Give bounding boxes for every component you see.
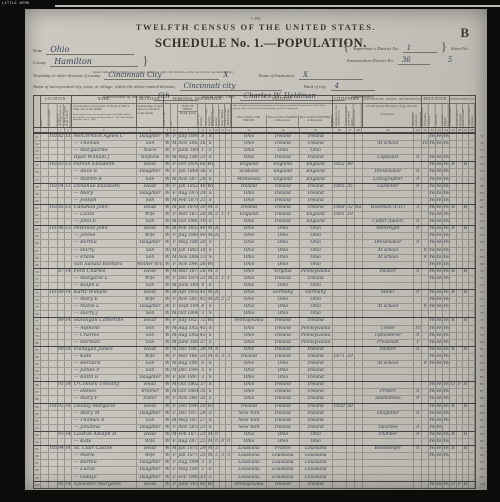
table-row: 51102782135McCormick Agnes CDaughterWFJu… xyxy=(34,133,475,140)
cell xyxy=(469,148,475,154)
cell: Printer xyxy=(363,389,415,395)
cell: W xyxy=(164,411,171,417)
cell xyxy=(58,425,65,431)
cell xyxy=(333,418,347,424)
cell: Feb 1879 xyxy=(178,198,199,204)
cell: — Kate xyxy=(72,354,137,360)
column-number: 9 xyxy=(207,128,214,132)
cell xyxy=(347,368,355,374)
cell xyxy=(355,304,363,310)
cell xyxy=(469,198,475,204)
cell: Ireland xyxy=(300,354,333,360)
line-number: 65 xyxy=(478,232,487,239)
column-number: 28 xyxy=(469,128,475,132)
cell: 28 xyxy=(199,212,207,218)
cell: F xyxy=(171,453,178,459)
cell: 83 xyxy=(58,162,65,168)
cell: W xyxy=(164,297,171,303)
cell: Yes xyxy=(436,248,443,254)
cell: W xyxy=(164,304,171,310)
cell xyxy=(469,311,475,317)
cell xyxy=(347,240,355,246)
cell: Yes xyxy=(429,333,436,339)
cell xyxy=(58,326,65,332)
cell xyxy=(49,467,58,473)
cell xyxy=(469,482,475,488)
cell: F xyxy=(171,184,178,190)
cell xyxy=(469,219,475,225)
cell: Yes xyxy=(429,240,436,246)
cell xyxy=(443,283,450,289)
cell: 8 xyxy=(199,134,207,140)
cell: Germany xyxy=(267,290,300,296)
cell: Ireland xyxy=(300,318,333,324)
cell xyxy=(347,482,355,488)
cell xyxy=(469,467,475,473)
cell: 20 xyxy=(199,240,207,246)
cell: M xyxy=(171,226,178,232)
cell xyxy=(429,311,436,317)
cell: Son xyxy=(137,418,165,424)
cell xyxy=(65,411,72,417)
cell xyxy=(49,283,58,289)
cell: 51 xyxy=(34,134,41,140)
cell xyxy=(363,453,415,459)
cell: Ireland xyxy=(300,382,333,388)
table-row: 63— John ESonWMOct 188019SOhioIrelandEng… xyxy=(34,218,475,225)
cell: R xyxy=(450,226,457,232)
cell: 0 xyxy=(414,177,422,183)
cell: New York xyxy=(232,425,267,431)
cell: 87 xyxy=(34,389,41,395)
population-table: LOCATION. Street.House number.Number of … xyxy=(33,95,476,489)
cell: Yes xyxy=(443,169,450,175)
table-row: 90— Mary MDaughterWFDec 187128SNew YorkI… xyxy=(34,410,475,417)
cell: Yes xyxy=(443,198,450,204)
cell: Yes xyxy=(443,255,450,261)
cell: W xyxy=(164,162,171,168)
cell xyxy=(49,389,58,395)
cell xyxy=(355,404,363,410)
cell: Yes xyxy=(436,191,443,197)
cell xyxy=(347,269,355,275)
cell xyxy=(436,467,443,473)
cell xyxy=(41,191,49,197)
cell: England xyxy=(267,177,300,183)
cell xyxy=(355,425,363,431)
cell xyxy=(41,460,49,466)
cell: M xyxy=(171,205,178,211)
cell xyxy=(333,311,347,317)
cell: England xyxy=(300,169,333,175)
cell xyxy=(355,311,363,317)
cell: Ireland xyxy=(267,155,300,161)
cell: Head xyxy=(137,290,165,296)
cell xyxy=(469,297,475,303)
cell: Lawton Adolph H xyxy=(72,432,137,438)
cell xyxy=(41,396,49,402)
cell: 59 xyxy=(34,191,41,197)
cell: Yes xyxy=(429,262,436,268)
cell: F xyxy=(171,354,178,360)
cell xyxy=(355,162,363,168)
cell: Yes xyxy=(429,212,436,218)
cell xyxy=(450,219,457,225)
cell: Wd xyxy=(207,262,214,268)
cell: Sister xyxy=(137,396,165,402)
cell: July 1891 xyxy=(178,134,199,140)
cell: F xyxy=(171,169,178,175)
cell xyxy=(450,169,457,175)
cell xyxy=(333,411,347,417)
cell xyxy=(333,368,347,374)
cell: 90 xyxy=(34,411,41,417)
cell: Yes xyxy=(436,425,443,431)
cell xyxy=(422,375,429,381)
cell: Yes xyxy=(429,304,436,310)
table-row: 9393146Lawton Adolph HHeadWMFeb 187723M0… xyxy=(34,431,475,438)
cell: 1052 xyxy=(49,446,58,452)
cell xyxy=(65,297,72,303)
line-number: 86 xyxy=(478,381,487,388)
column-number: 6 xyxy=(171,128,178,132)
cell xyxy=(355,418,363,424)
cell: Ohio xyxy=(267,297,300,303)
cell xyxy=(363,467,415,473)
cell xyxy=(41,155,49,161)
cell xyxy=(355,240,363,246)
table-row: 57— Martin ASonWMNov 187128SMinnesotaEng… xyxy=(34,176,475,183)
cell: W xyxy=(164,333,171,339)
cell: England xyxy=(300,212,333,218)
cell: 139 xyxy=(65,226,72,232)
cell: Wife xyxy=(137,276,165,282)
cell xyxy=(333,304,347,310)
cell xyxy=(347,311,355,317)
cell: — Margaret L xyxy=(72,276,137,282)
cell xyxy=(347,439,355,445)
cell xyxy=(58,375,65,381)
cell: 3 xyxy=(414,205,422,211)
table-row: 65— JennieWifeWFJuly 186040M20OhioOhioOh… xyxy=(34,232,475,239)
cell: Daughter xyxy=(137,475,165,481)
cell xyxy=(469,162,475,168)
cell xyxy=(363,460,415,466)
column-number: 4 xyxy=(137,128,165,132)
cell: Ireland xyxy=(300,396,333,402)
cell xyxy=(450,248,457,254)
cell xyxy=(355,326,363,332)
cell xyxy=(450,389,457,395)
cell: Ohio xyxy=(300,248,333,254)
cell: 60 xyxy=(34,198,41,204)
cell: Yes xyxy=(436,354,443,360)
cell xyxy=(422,191,429,197)
cell: Yes xyxy=(429,169,436,175)
cell: 83 xyxy=(34,361,41,367)
cell xyxy=(347,326,355,332)
cell: 98 xyxy=(34,467,41,473)
cell: W xyxy=(164,460,171,466)
dob-month-label: Month. xyxy=(178,112,190,115)
cell xyxy=(469,155,475,161)
cell: Yes xyxy=(436,318,443,324)
cell: Wd xyxy=(207,184,214,190)
cell: M xyxy=(171,326,178,332)
cell: W xyxy=(164,475,171,481)
cell xyxy=(347,446,355,452)
cell: 97 xyxy=(34,460,41,466)
cell: F xyxy=(171,396,178,402)
cell xyxy=(469,453,475,459)
cell: — Harry J xyxy=(72,311,137,317)
cell: Yes xyxy=(443,354,450,360)
cell xyxy=(414,304,422,310)
cell: Louisiana xyxy=(300,460,333,466)
cell: June 1899 xyxy=(178,148,199,154)
cell xyxy=(49,311,58,317)
cell: Ireland xyxy=(267,212,300,218)
personal-narrow-subheads: Age at last birthday.Whether single, mar… xyxy=(198,104,231,127)
cell: Yes xyxy=(436,297,443,303)
cell: 140 xyxy=(65,269,72,275)
cell xyxy=(41,453,49,459)
cell xyxy=(58,361,65,367)
cell: Ireland xyxy=(267,425,300,431)
cell: S xyxy=(207,177,214,183)
cell xyxy=(41,283,49,289)
line-number: 69 xyxy=(478,261,487,268)
cell xyxy=(333,389,347,395)
cell: 0 xyxy=(414,347,422,353)
cell: Jan 1852 xyxy=(178,184,199,190)
cell: Yes xyxy=(436,347,443,353)
cell: 10 xyxy=(422,141,429,147)
cell: M xyxy=(207,226,214,232)
line-number: 100 xyxy=(478,481,487,488)
cell: Yes xyxy=(443,304,450,310)
cell: Yes xyxy=(443,326,450,332)
cell: M xyxy=(207,432,214,438)
cell xyxy=(333,226,347,232)
cell: St. Clair Castile xyxy=(72,446,137,452)
cell: F xyxy=(171,134,178,140)
cell xyxy=(49,396,58,402)
cell: Yes xyxy=(429,205,436,211)
cell: — Daniel xyxy=(72,389,137,395)
cell: 143 xyxy=(65,347,72,353)
cell: Peterson John xyxy=(72,226,137,232)
cell: — Ralph E xyxy=(72,283,137,289)
cell: Louisiana xyxy=(232,475,267,481)
cell xyxy=(49,248,58,254)
cell xyxy=(429,460,436,466)
cell: Kurtz William xyxy=(72,290,137,296)
table-row: 85— Edith EDaughterWFJan 18973SOhioOhioI… xyxy=(34,374,475,381)
cell: Millwright xyxy=(363,226,415,232)
cell xyxy=(363,354,415,360)
cell xyxy=(469,233,475,239)
cell xyxy=(469,382,475,388)
cell: Yes xyxy=(443,347,450,353)
cell: O'Connell Timothy xyxy=(72,382,137,388)
cell xyxy=(355,191,363,197)
cell: M xyxy=(171,177,178,183)
cell xyxy=(58,191,65,197)
cell: Yes xyxy=(429,155,436,161)
cell: S xyxy=(207,475,214,481)
cell xyxy=(41,240,49,246)
cell xyxy=(49,276,58,282)
cell xyxy=(436,475,443,481)
cell: Feb 1900 xyxy=(178,475,199,481)
cell xyxy=(41,404,49,410)
ownership-group-title: OWNERSHIP OF HOME. xyxy=(450,96,475,104)
table-row: 68— FrankSonWMNov 188613SOhioOhioOhioAt … xyxy=(34,254,475,261)
line-number: 56 xyxy=(478,168,487,175)
cell: F xyxy=(171,439,178,445)
cell: M xyxy=(207,446,214,452)
cell: Louisiana xyxy=(300,475,333,481)
cell xyxy=(347,148,355,154)
cell: Yes xyxy=(443,396,450,402)
cell: Yes xyxy=(443,134,450,140)
cell: Dec 1894 xyxy=(178,368,199,374)
cell: 53 xyxy=(34,148,41,154)
cell: Yes xyxy=(436,255,443,261)
cell: 19 xyxy=(347,212,355,218)
cell xyxy=(469,290,475,296)
cell xyxy=(414,467,422,473)
cell xyxy=(422,212,429,218)
cell: 32 xyxy=(199,396,207,402)
scan-corner-label: LITTLE NEMO xyxy=(2,1,30,5)
column-number xyxy=(34,128,41,132)
cell xyxy=(363,283,415,289)
cell xyxy=(450,148,457,154)
cell: Mar 1874 xyxy=(178,269,199,275)
name-description-2: Enter surname first, then the given name… xyxy=(72,113,136,123)
cell xyxy=(49,482,58,488)
cell xyxy=(49,460,58,466)
cell: Aug 1876 xyxy=(178,191,199,197)
cell xyxy=(414,297,422,303)
cell: 100 xyxy=(34,482,41,488)
cell: Ireland xyxy=(267,382,300,388)
column-number: 7 xyxy=(178,128,199,132)
column-subhead: Street. xyxy=(41,104,49,127)
cell xyxy=(414,475,422,481)
cell: Head xyxy=(137,226,165,232)
cell xyxy=(414,212,422,218)
cell: Ireland xyxy=(267,276,300,282)
cell: 0 xyxy=(414,446,422,452)
cell xyxy=(355,368,363,374)
cell: 0 xyxy=(414,432,422,438)
cell xyxy=(450,333,457,339)
cell: Yes xyxy=(443,248,450,254)
cell: Ireland xyxy=(267,418,300,424)
table-row: 97— BerthaDaughterWFAug 18963SLouisianaL… xyxy=(34,459,475,466)
cell xyxy=(333,148,347,154)
cell: — Mary E xyxy=(72,297,137,303)
cell xyxy=(65,326,72,332)
cell xyxy=(450,262,457,268)
line-number: 79 xyxy=(478,332,487,339)
cell xyxy=(450,155,457,161)
cell xyxy=(41,311,49,317)
cell: 26 xyxy=(199,269,207,275)
line-number: 59 xyxy=(478,190,487,197)
cell xyxy=(450,184,457,190)
cell: F xyxy=(171,411,178,417)
cell: 70 xyxy=(34,269,41,275)
cell xyxy=(422,340,429,346)
cell: W xyxy=(164,226,171,232)
cell: — Alphons xyxy=(72,326,137,332)
cell: 32 xyxy=(347,205,355,211)
cell: Flanagan James xyxy=(72,347,137,353)
cell xyxy=(363,318,415,324)
cell xyxy=(41,318,49,324)
cell: 58 xyxy=(199,262,207,268)
cell: Oct 1864 xyxy=(178,389,199,395)
cell xyxy=(49,198,58,204)
cell: Hannigan Catherine xyxy=(72,318,137,324)
cell: S xyxy=(207,134,214,140)
cell: Yes xyxy=(436,276,443,282)
cell: Yes xyxy=(429,404,436,410)
cell: Ohio xyxy=(232,368,267,374)
township-note: (Insert name of township, town, precinct… xyxy=(93,70,233,74)
table-row: 98— LucileDaughterWFMay 18982SLouisianaL… xyxy=(34,466,475,473)
cell: 9 xyxy=(422,361,429,367)
cell: 91 xyxy=(58,382,65,388)
cell xyxy=(355,283,363,289)
cell xyxy=(49,347,58,353)
cell: W xyxy=(164,404,171,410)
cell: 1016 xyxy=(49,290,58,296)
cell xyxy=(355,375,363,381)
table-row: 64101986139Peterson JohnHeadWMFeb 185248… xyxy=(34,225,475,232)
cell: 146 xyxy=(65,432,72,438)
cell: M xyxy=(207,212,214,218)
cell: S xyxy=(207,283,214,289)
cell xyxy=(41,475,49,481)
ownership-group: OWNERSHIP OF HOME. Owned or rented.Owned… xyxy=(450,96,475,127)
table-row: 95105294147St. Clair CastileHeadWMJan 18… xyxy=(34,445,475,452)
cell: Ireland xyxy=(300,418,333,424)
cell: Head xyxy=(137,162,165,168)
line-number: 96 xyxy=(478,452,487,459)
cell: 142 xyxy=(65,318,72,324)
cell: 73 xyxy=(34,290,41,296)
line-number: 95 xyxy=(478,445,487,452)
cell: 23 xyxy=(199,453,207,459)
cell xyxy=(41,482,49,488)
cell: Ireland xyxy=(267,347,300,353)
cell: Ireland xyxy=(232,184,267,190)
cell: Jan 1877 xyxy=(178,453,199,459)
cell: 68 xyxy=(34,255,41,261)
cell: Ohio xyxy=(232,375,267,381)
cell xyxy=(333,141,347,147)
cell: Pennsylvania xyxy=(300,333,333,339)
cell: 141 xyxy=(65,290,72,296)
cell: 92 xyxy=(34,425,41,431)
cell: W xyxy=(164,233,171,239)
cell: Yes xyxy=(443,297,450,303)
